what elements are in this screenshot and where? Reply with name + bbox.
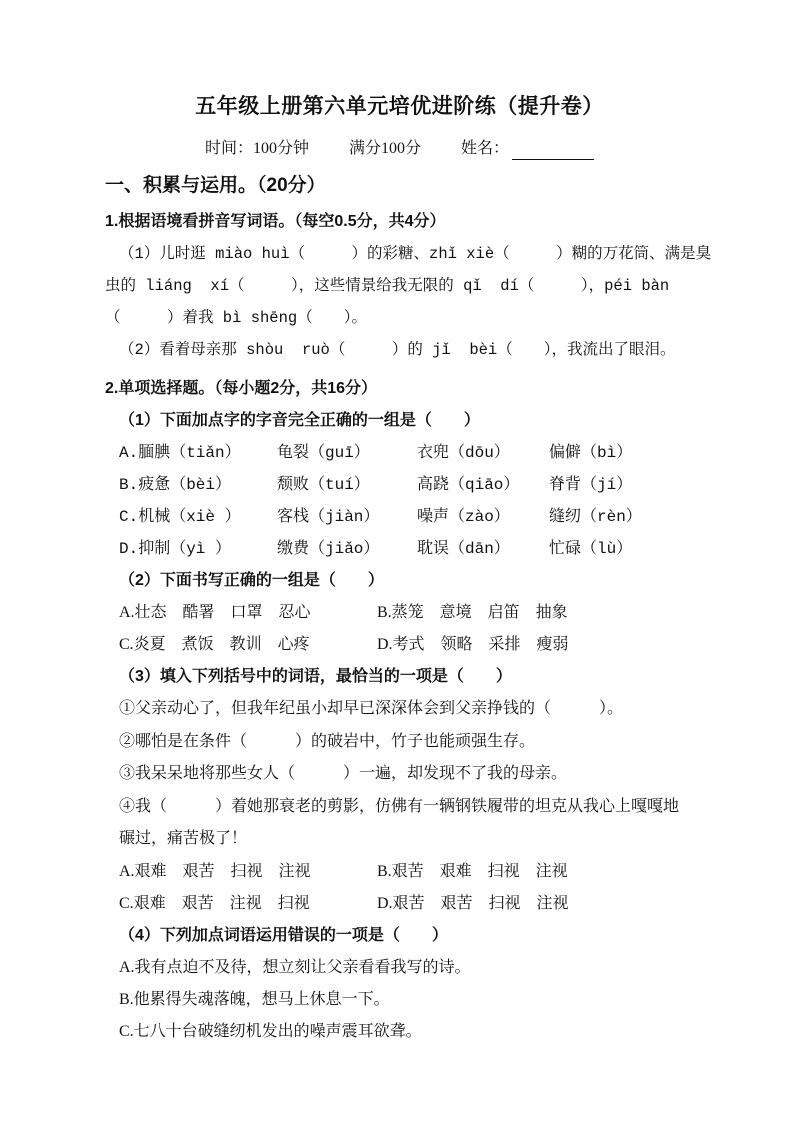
option-cell: C.机械（xiè ） — [119, 501, 277, 533]
option-cell: D.考式 领略 采排 瘦弱 — [377, 629, 694, 661]
option-cell: D.艰苦 艰苦 扫视 注视 — [377, 888, 694, 920]
q2-4-stem: （4）下列加点词语运用错误的一项是（ ） — [105, 920, 694, 952]
option-cell: 脊背（jí） — [549, 469, 694, 501]
q2-4-option-a: A.我有点迫不及待，想立刻让父亲看看我写的诗。 — [105, 952, 694, 984]
q1-part2-line: （2）看着母亲那 shòu ruò（ ）的 jǐ bèi（ ），我流出了眼泪。 — [105, 334, 694, 366]
q2-4-option-b: B.他累得失魂落魄，想马上休息一下。 — [105, 984, 694, 1016]
option-cell: C.炎夏 煮饭 教训 心疼 — [119, 629, 377, 661]
q2-3-options-grid: A.艰难 艰苦 扫视 注视 B.艰苦 艰难 扫视 注视 C.艰难 艰苦 注视 扫… — [119, 856, 694, 920]
option-cell: 缴费（jiǎo） — [277, 533, 417, 565]
q2-3-item-2: ②哪怕是在条件（ ）的破岩中，竹子也能顽强生存。 — [105, 726, 694, 759]
option-cell: A.腼腆（tiǎn） — [119, 437, 277, 469]
name-blank-line — [512, 142, 594, 160]
q2-3-item-4-cont: 碾过，痛苦极了！ — [105, 823, 694, 856]
option-cell: 偏僻（bì） — [549, 437, 694, 469]
q2-2-options-grid: A.壮态 酷署 口罩 忍心 B.蒸笼 意境 启笛 抽象 C.炎夏 煮饭 教训 心… — [119, 597, 694, 661]
q2-4-option-c: C.七八十台破缝纫机发出的噪声震耳欲聋。 — [105, 1016, 694, 1048]
option-cell: 颓败（tuí） — [277, 469, 417, 501]
meta-time-label: 时间：100分钟 — [205, 138, 309, 160]
q2-1-options-grid: A.腼腆（tiǎn） 龟裂（guī） 衣兜（dōu） 偏僻（bì） B.疲惫（b… — [119, 437, 694, 565]
option-cell: 高跷（qiāo） — [417, 469, 549, 501]
meta-name-label: 姓名： — [461, 138, 509, 160]
meta-name-group: 姓名： — [461, 138, 594, 160]
q2-3-stem: （3）填入下列括号中的词语，最恰当的一项是（ ） — [105, 661, 694, 693]
q2-3-item-3: ③我呆呆地将那些女人（ ）一遍，却发现不了我的母亲。 — [105, 758, 694, 791]
option-cell: 耽误（dān） — [417, 533, 549, 565]
option-cell: 龟裂（guī） — [277, 437, 417, 469]
option-cell: B.艰苦 艰难 扫视 注视 — [377, 856, 694, 888]
option-cell: C.艰难 艰苦 注视 扫视 — [119, 888, 377, 920]
page-content: 五年级上册第六单元培优进阶练（提升卷） 时间：100分钟 满分100分 姓名： … — [0, 0, 794, 1048]
q2-1-stem: （1）下面加点字的字音完全正确的一组是（ ） — [105, 405, 694, 437]
q1-heading: 1.根据语境看拼音写词语。（每空0.5分，共4分） — [105, 206, 694, 238]
option-cell: 忙碌（lù） — [549, 533, 694, 565]
option-cell: 客栈（jiàn） — [277, 501, 417, 533]
option-cell: D.抑制（yì ） — [119, 533, 277, 565]
q1-part1-line2: 虫的 liáng xí（ ），这些情景给我无限的 qǐ dí（ ），péi bà… — [105, 270, 694, 302]
option-cell: B.疲惫（bèi） — [119, 469, 277, 501]
exam-paper-page: 五年级上册第六单元培优进阶练（提升卷） 时间：100分钟 满分100分 姓名： … — [0, 0, 794, 1123]
q2-2-stem: （2）下面书写正确的一组是（ ） — [105, 565, 694, 597]
meta-score-label: 满分100分 — [349, 138, 421, 160]
q1-part1-line1: （1）儿时逛 miào huì（ ）的彩糖、zhǐ xiè（ ）糊的万花筒、满是… — [105, 238, 694, 270]
q2-3-item-4: ④我（ ）着她那衰老的剪影，仿佛有一辆钢铁履带的坦克从我心上嘎嘎地 — [105, 791, 694, 824]
q2-heading: 2.单项选择题。（每小题2分，共16分） — [105, 373, 694, 405]
page-title: 五年级上册第六单元培优进阶练（提升卷） — [105, 0, 694, 122]
section-1-heading: 一、积累与运用。（20分） — [105, 172, 694, 199]
exam-meta-row: 时间：100分钟 满分100分 姓名： — [105, 138, 694, 160]
option-cell: B.蒸笼 意境 启笛 抽象 — [377, 597, 694, 629]
option-cell: A.壮态 酷署 口罩 忍心 — [119, 597, 377, 629]
option-cell: 缝纫（rèn） — [549, 501, 694, 533]
option-cell: 噪声（zào） — [417, 501, 549, 533]
q2-3-item-1: ①父亲动心了，但我年纪虽小却早已深深体会到父亲挣钱的（ ）。 — [105, 693, 694, 726]
q1-part1-line3: （ ）着我 bì shēng（ ）。 — [105, 302, 694, 334]
option-cell: A.艰难 艰苦 扫视 注视 — [119, 856, 377, 888]
option-cell: 衣兜（dōu） — [417, 437, 549, 469]
